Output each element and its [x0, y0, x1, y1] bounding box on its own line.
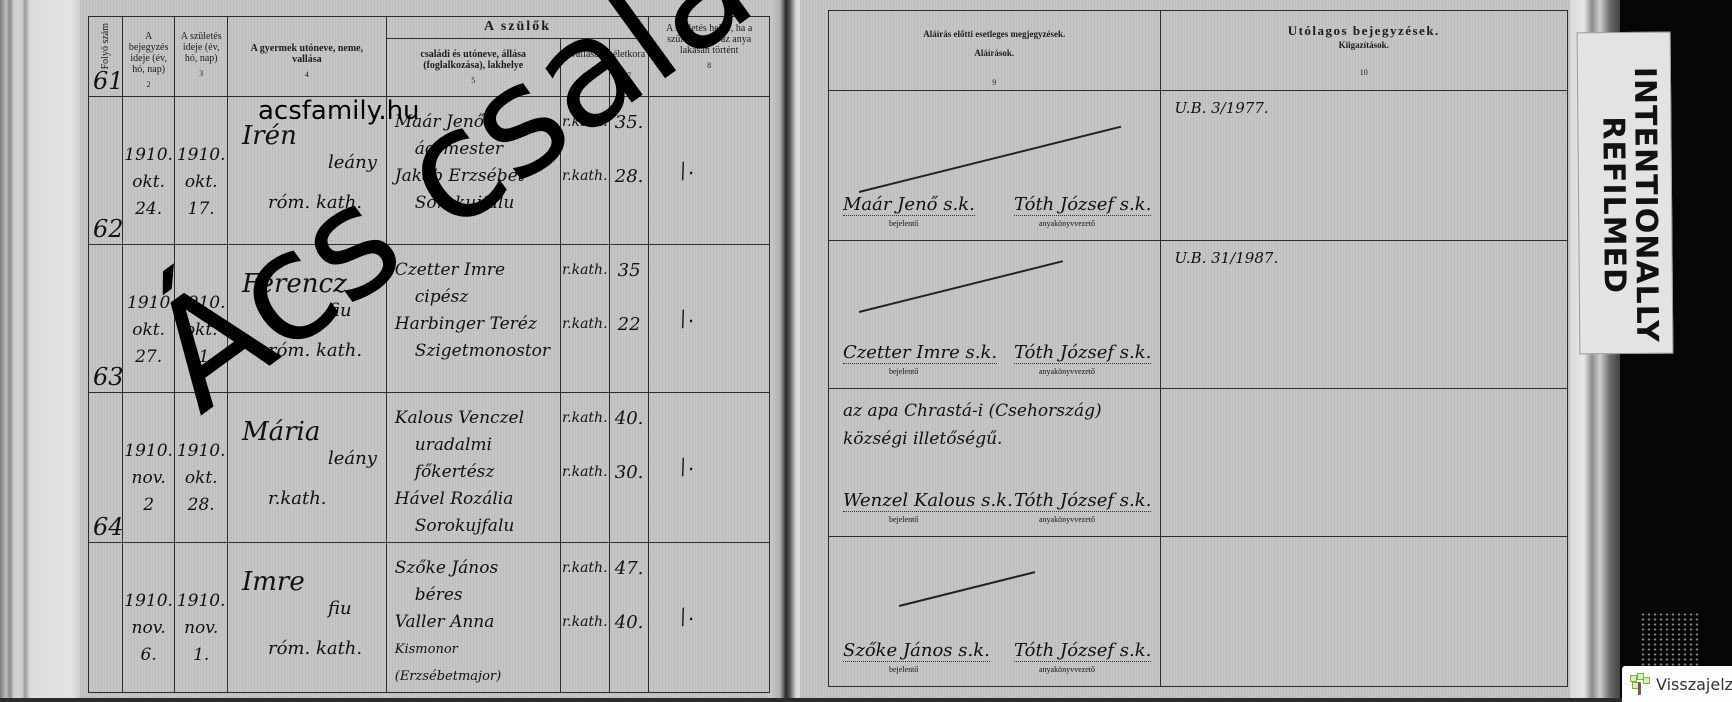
birth-date: 1910.okt.17.: [175, 97, 227, 223]
register-row-signatures: Czetter Imre s.k. bejelentő Tóth József …: [829, 241, 1568, 389]
later-entry: [1161, 389, 1567, 397]
registrar-signature: Tóth József s.k.: [1014, 640, 1151, 662]
header-birth-date: A születés ideje (év, hó, nap)3: [175, 17, 228, 97]
tree-icon: [1630, 673, 1650, 695]
header-remarks-signatures: Aláírás előtti esetleges megjegyzések. A…: [829, 11, 1161, 91]
register-row-signatures: Szőke János s.k. bejelentő Tóth József s…: [829, 537, 1568, 687]
reporter-signature: Wenzel Kalous s.k.: [843, 490, 1013, 512]
later-entry: U.B. 3/1977.: [1161, 91, 1567, 117]
reporter-signature: Maár Jenő s.k.: [843, 194, 975, 216]
reporter-label: bejelentő: [889, 515, 918, 524]
later-entry: [1161, 537, 1567, 545]
registrar-label: anyakönyvvezető: [1039, 219, 1095, 228]
registrar-label: anyakönyvvezető: [1039, 367, 1095, 376]
registration-date: 1910.nov.6.: [123, 543, 175, 669]
parents-age: 47.40.: [610, 543, 648, 636]
registrar-signature: Tóth József s.k.: [1014, 490, 1151, 512]
bottom-edge: [0, 698, 1732, 702]
parents-religion: r.kath.r.kath.: [561, 393, 609, 486]
book-binding-left: [0, 0, 80, 702]
film-noise: [1640, 612, 1700, 672]
cancel-stroke: [899, 571, 1035, 606]
entry-number: 62: [93, 215, 124, 243]
feedback-label: Visszajelzés: [1656, 675, 1732, 694]
reporter-signature: Szőke János s.k.: [843, 640, 990, 662]
birth-place-mark: /.: [675, 155, 697, 182]
header-later-entries: Utólagos bejegyzések. Kiigazítások. 10: [1160, 11, 1567, 91]
entry-number: 61: [93, 67, 124, 95]
entry-number: 64: [93, 513, 124, 541]
parents-religion: r.kath.r.kath.: [561, 245, 609, 338]
cancel-stroke: [859, 126, 1121, 193]
header-child-name: A gyermek utóneve, neme, vallása4: [227, 17, 386, 97]
reporter-label: bejelentő: [889, 665, 918, 674]
register-row-signatures: Maár Jenő s.k. bejelentő Tóth József s.k…: [829, 91, 1568, 241]
header-registration-date: A bejegyzés ideje (év, hó, nap)2: [122, 17, 175, 97]
birth-place-mark: /.: [675, 601, 697, 628]
birth-place-mark: /.: [675, 451, 697, 478]
registrar-label: anyakönyvvezető: [1039, 665, 1095, 674]
entry-number: 63: [93, 363, 124, 391]
birth-date: 1910.nov.1.: [175, 543, 227, 669]
parents-age: 40.30.: [610, 393, 648, 486]
registrar-signature: Tóth József s.k.: [1014, 342, 1151, 364]
microfilm-scan: Folyó szám1 A bejegyzés ideje (év, hó, n…: [0, 0, 1732, 702]
registration-date: 1910.nov.2: [123, 393, 175, 519]
feedback-button[interactable]: Visszajelzés: [1622, 666, 1732, 702]
register-page-right: Aláírás előtti esetleges megjegyzések. A…: [800, 0, 1580, 702]
parents-age: 3522: [610, 245, 648, 338]
reporter-label: bejelentő: [889, 367, 918, 376]
registration-date: 1910.okt.24.: [123, 97, 175, 223]
pre-signature-remark: az apa Chrastá-i (Csehország) községi il…: [843, 397, 1153, 453]
reporter-label: bejelentő: [889, 219, 918, 228]
later-entry: U.B. 31/1987.: [1161, 241, 1567, 267]
cancel-stroke: [859, 260, 1063, 312]
parents-names: Szőke JánosbéresValler AnnaKismonor (Erz…: [387, 543, 560, 690]
reporter-signature: Czetter Imre s.k.: [843, 342, 997, 364]
birth-register-table-right: Aláírás előtti esetleges megjegyzések. A…: [828, 10, 1568, 687]
parents-religion: r.kath.r.kath.: [561, 543, 609, 636]
refilmed-label: INTENTIONALLY REFILMED: [1577, 32, 1674, 355]
parents-names: Kalous Venczeluradalmi főkertészHável Ro…: [387, 393, 560, 540]
refilmed-label-text: INTENTIONALLY REFILMED: [1596, 55, 1663, 356]
registrar-signature: Tóth József s.k.: [1014, 194, 1151, 216]
birth-place-mark: /.: [675, 303, 697, 330]
registrar-label: anyakönyvvezető: [1039, 515, 1095, 524]
register-row-signatures: az apa Chrastá-i (Csehország) községi il…: [829, 389, 1568, 537]
register-row: 63 1910.nov.2 1910.okt.28. Márialeányr.k…: [89, 393, 770, 543]
register-row: 64 1910.nov.6. 1910.nov.1. Imrefiuróm. k…: [89, 543, 770, 693]
